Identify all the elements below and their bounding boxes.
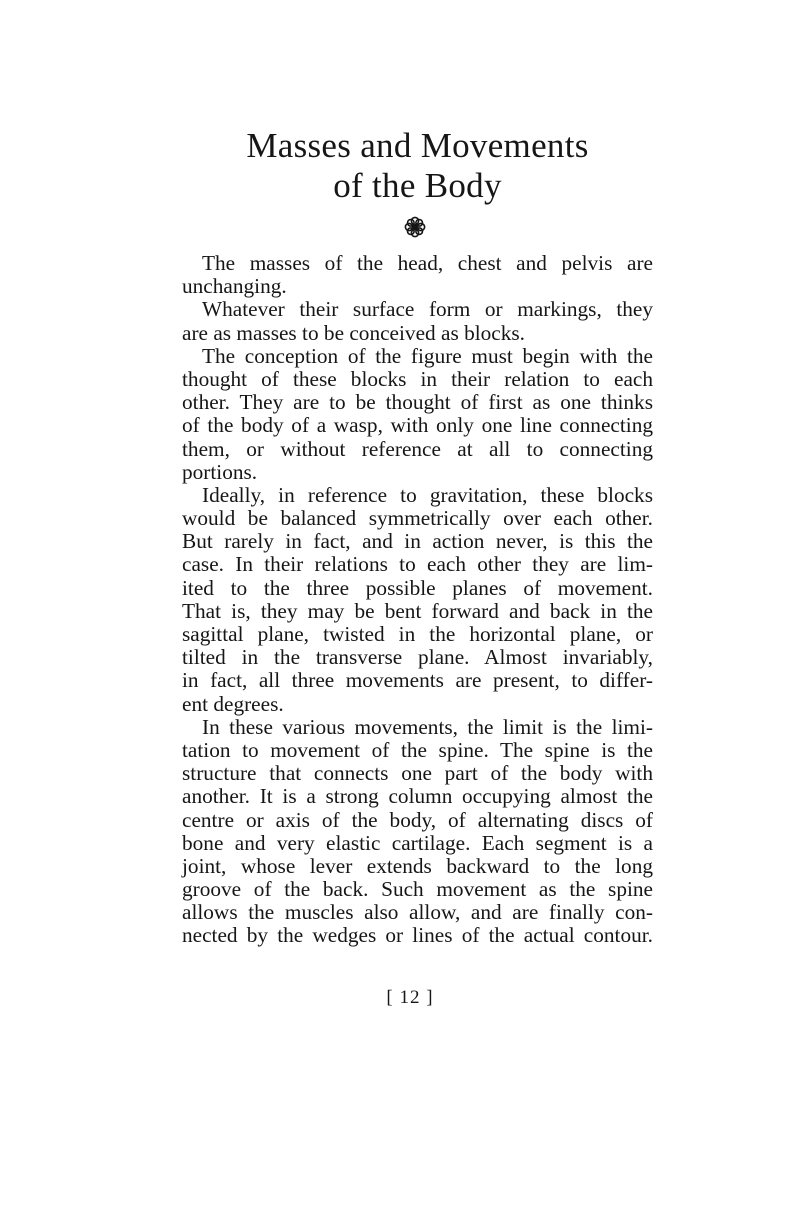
body-text: The masses of the head, chest and pelvis… xyxy=(182,252,653,948)
page-number: [ 12 ] xyxy=(0,987,800,1009)
rosette-ornament-icon xyxy=(404,216,426,238)
text-line: case. In their relations to each other t… xyxy=(182,553,653,576)
text-line: ited to the three possible planes of mov… xyxy=(182,577,653,600)
text-line: centre or axis of the body, of alternati… xyxy=(182,809,653,832)
text-line: nected by the wedges or lines of the act… xyxy=(182,924,653,947)
text-line: joint, whose lever extends backward to t… xyxy=(182,855,653,878)
text-line: In these various movements, the limit is… xyxy=(182,716,653,739)
paragraph-1: The masses of the head, chest and pelvis… xyxy=(182,252,653,298)
text-line: another. It is a strong column occupying… xyxy=(182,785,653,808)
text-line: sagittal plane, twisted in the horizonta… xyxy=(182,623,653,646)
text-line: tation to movement of the spine. The spi… xyxy=(182,739,653,762)
text-line: other. They are to be thought of first a… xyxy=(182,391,653,414)
text-line: The masses of the head, chest and pelvis… xyxy=(182,252,653,275)
text-line: groove of the back. Such movement as the… xyxy=(182,878,653,901)
text-line: unchanging. xyxy=(182,275,653,298)
text-line: That is, they may be bent forward and ba… xyxy=(182,600,653,623)
text-line: The conception of the figure must begin … xyxy=(182,345,653,368)
text-line: structure that connects one part of the … xyxy=(182,762,653,785)
text-line: Ideally, in reference to gravitation, th… xyxy=(182,484,653,507)
text-line: allows the muscles also allow, and are f… xyxy=(182,901,653,924)
text-line: in fact, all three movements are present… xyxy=(182,669,653,692)
text-line: them, or without reference at all to con… xyxy=(182,438,653,461)
paragraph-2: Whatever their surface form or markings,… xyxy=(182,298,653,344)
text-line: are as masses to be conceived as blocks. xyxy=(182,322,653,345)
title-line-2: of the Body xyxy=(182,166,653,206)
book-page: Masses and Movements of the Body The mas… xyxy=(0,0,800,1213)
text-line: tilted in the transverse plane. Almost i… xyxy=(182,646,653,669)
text-line: would be balanced symmetrically over eac… xyxy=(182,507,653,530)
paragraph-5: In these various movements, the limit is… xyxy=(182,716,653,948)
text-line: bone and very elastic cartilage. Each se… xyxy=(182,832,653,855)
text-line: of the body of a wasp, with only one lin… xyxy=(182,414,653,437)
paragraph-3: The conception of the figure must begin … xyxy=(182,345,653,484)
text-line: But rarely in fact, and in action never,… xyxy=(182,530,653,553)
text-line: thought of these blocks in their relatio… xyxy=(182,368,653,391)
paragraph-4: Ideally, in reference to gravitation, th… xyxy=(182,484,653,716)
text-line: portions. xyxy=(182,461,653,484)
title-line-1: Masses and Movements xyxy=(182,126,653,166)
text-line: ent degrees. xyxy=(182,693,653,716)
text-line: Whatever their surface form or markings,… xyxy=(182,298,653,321)
page-title: Masses and Movements of the Body xyxy=(182,126,653,206)
